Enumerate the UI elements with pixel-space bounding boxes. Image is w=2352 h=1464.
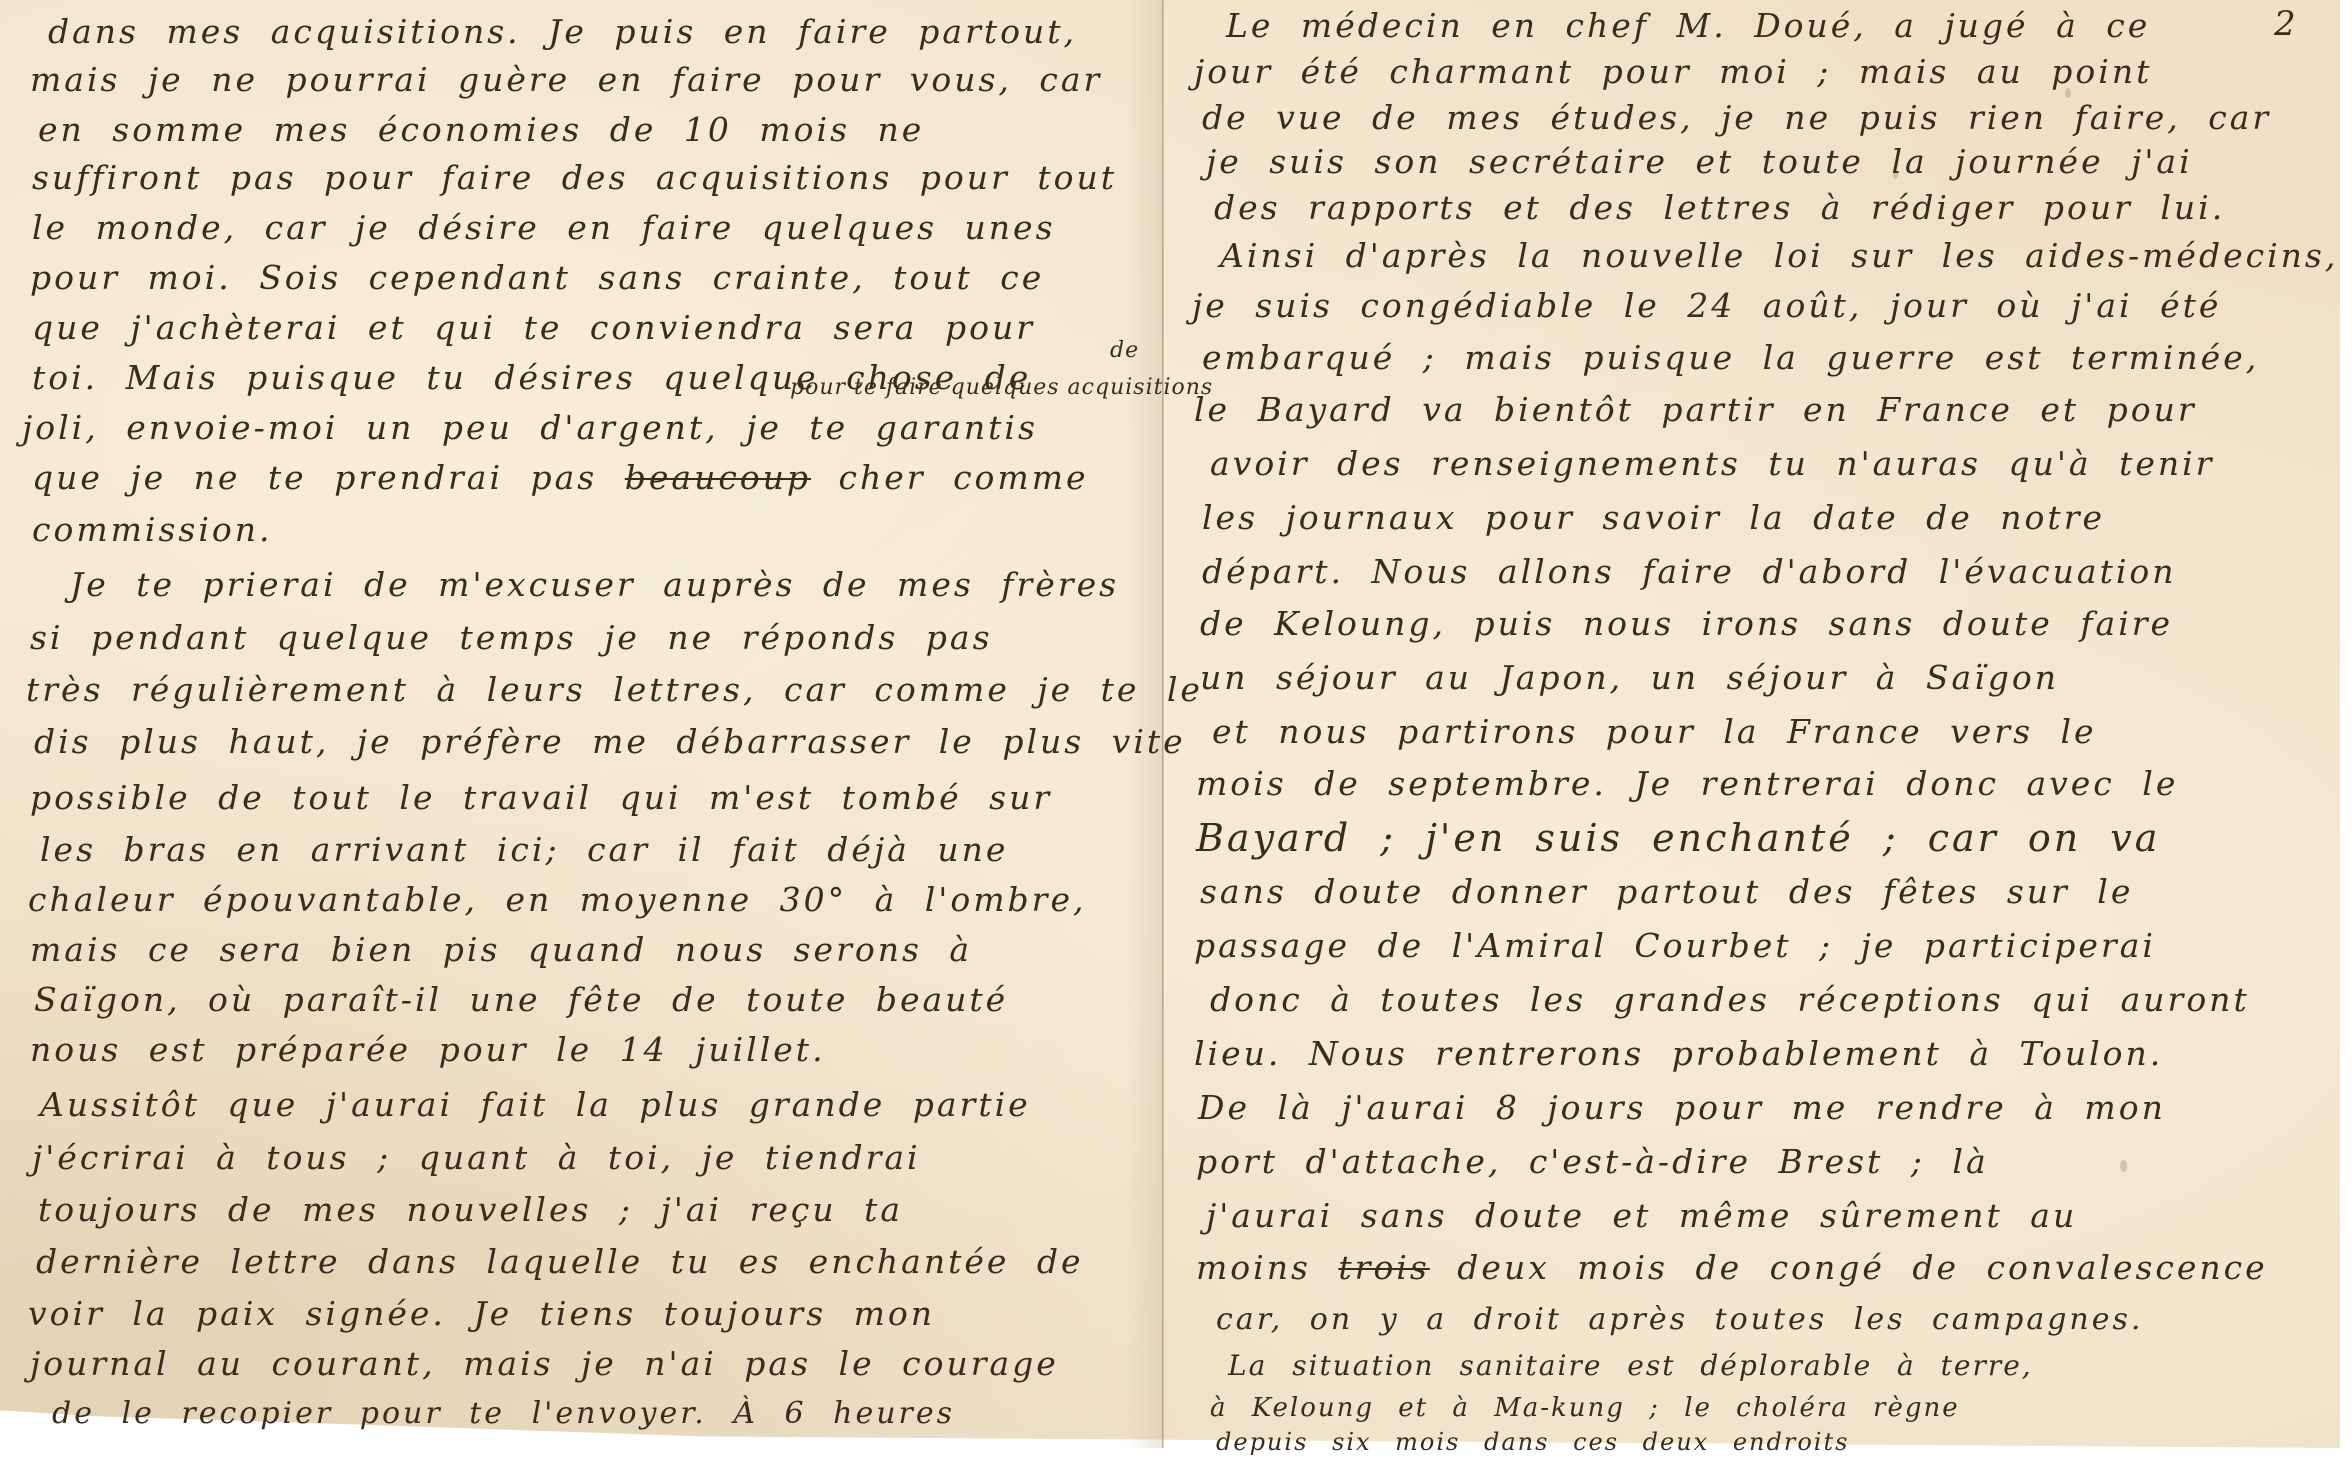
- text-line: très régulièrement à leurs lettres, car …: [26, 670, 1203, 710]
- struck-word: beaucoup: [625, 458, 811, 497]
- right-page: 2 Le médecin en chef M. Doué, a jugé à c…: [1166, 0, 2340, 1448]
- text-line: j'aurai sans doute et même sûrement au: [1206, 1196, 2077, 1236]
- text-line: Le médecin en chef M. Doué, a jugé à ce: [1226, 6, 2150, 46]
- text-line: Je te prierai de m'excuser auprès de mes…: [70, 565, 1119, 605]
- text-line: de vue de mes études, je ne puis rien fa…: [1202, 98, 2271, 138]
- text-line: avoir des renseignements tu n'auras qu'à…: [1210, 444, 2214, 484]
- text-line: de Keloung, puis nous irons sans doute f…: [1200, 604, 2173, 644]
- text-line: Aussitôt que j'aurai fait la plus grande…: [40, 1085, 1031, 1125]
- text-line: toujours de mes nouvelles ; j'ai reçu ta: [38, 1190, 903, 1230]
- text-line: jour été charmant pour moi ; mais au poi…: [1194, 52, 2152, 92]
- text-segment: moins: [1196, 1248, 1338, 1287]
- text-line: journal au courant, mais je n'ai pas le …: [30, 1344, 1059, 1384]
- text-line: joli, envoie-moi un peu d'argent, je te …: [22, 408, 1038, 448]
- text-line: sans doute donner partout des fêtes sur …: [1200, 872, 2133, 912]
- text-line: Bayard ; j'en suis enchanté ; car on va: [1196, 818, 2160, 858]
- text-line: moins trois deux mois de congé de conval…: [1196, 1248, 2268, 1288]
- text-line: mais je ne pourrai guère en faire pour v…: [30, 60, 1102, 100]
- page-number: 2: [2274, 4, 2296, 44]
- text-line: départ. Nous allons faire d'abord l'évac…: [1202, 552, 2177, 592]
- text-line: et nous partirons pour la France vers le: [1212, 712, 2097, 752]
- text-line: chaleur épouvantable, en moyenne 30° à l…: [28, 880, 1086, 920]
- text-line: dis plus haut, je préfère me débarrasser…: [34, 722, 1186, 762]
- left-page: dans mes acquisitions. Je puis en faire …: [0, 0, 1160, 1448]
- text-line: passage de l'Amiral Courbet ; je partici…: [1194, 926, 2156, 966]
- text-line: embarqué ; mais puisque la guerre est te…: [1202, 338, 2259, 378]
- text-line: si pendant quelque temps je ne réponds p…: [30, 618, 993, 658]
- text-line: que je ne te prendrai pas beaucoup cher …: [32, 458, 1089, 498]
- text-line: possible de tout le travail qui m'est to…: [30, 778, 1052, 818]
- text-segment: cher comme: [811, 458, 1088, 497]
- text-line: le Bayard va bientôt partir en France et…: [1194, 390, 2197, 430]
- text-line: depuis six mois dans ces deux endroits: [1216, 1422, 1849, 1462]
- text-line: lieu. Nous rentrerons probablement à Tou…: [1194, 1034, 2163, 1074]
- text-line: Saïgon, où paraît-il une fête de toute b…: [34, 980, 1008, 1020]
- text-line: j'écrirai à tous ; quant à toi, je tiend…: [32, 1138, 921, 1178]
- text-line: de le recopier pour te l'envoyer. À 6 he…: [52, 1394, 955, 1434]
- text-line: nous est préparée pour le 14 juillet.: [30, 1030, 826, 1070]
- text-line: en somme mes économies de 10 mois ne: [38, 110, 924, 150]
- interlinear-insertion: pour te faire quelques acquisitions: [790, 375, 1213, 400]
- text-line: De là j'aurai 8 jours pour me rendre à m…: [1198, 1088, 2166, 1128]
- text-segment: que je ne te prendrai pas: [32, 458, 625, 497]
- text-line: un séjour au Japon, un séjour à Saïgon: [1200, 658, 2059, 698]
- text-line: voir la paix signée. Je tiens toujours m…: [28, 1294, 935, 1334]
- text-line: que j'achèterai et qui te conviendra ser…: [32, 308, 1035, 348]
- text-line: car, on y a droit après toutes les campa…: [1216, 1300, 2143, 1340]
- text-line: commission.: [32, 510, 273, 550]
- text-line: mois de septembre. Je rentrerai donc ave…: [1196, 764, 2178, 804]
- text-line: La situation sanitaire est déplorable à …: [1228, 1346, 2033, 1386]
- text-line: les journaux pour savoir la date de notr…: [1202, 498, 2105, 538]
- text-line: des rapports et des lettres à rédiger po…: [1214, 188, 2225, 228]
- text-line: suffiront pas pour faire des acquisition…: [32, 158, 1117, 198]
- text-line: donc à toutes les grandes réceptions qui…: [1210, 980, 2250, 1020]
- text-line: dernière lettre dans laquelle tu es ench…: [36, 1242, 1084, 1282]
- text-line: les bras en arrivant ici; car il fait dé…: [40, 830, 1008, 870]
- interlinear-insertion: de: [1110, 338, 1139, 363]
- text-line: pour moi. Sois cependant sans crainte, t…: [30, 258, 1044, 298]
- text-line: le monde, car je désire en faire quelque…: [32, 208, 1056, 248]
- text-line: je suis congédiable le 24 août, jour où …: [1192, 286, 2221, 326]
- struck-word: trois: [1338, 1248, 1429, 1287]
- text-line: Ainsi d'après la nouvelle loi sur les ai…: [1220, 236, 2338, 276]
- text-segment: deux mois de congé de convalescence: [1430, 1248, 2268, 1287]
- text-line: mais ce sera bien pis quand nous serons …: [30, 930, 972, 970]
- text-line: dans mes acquisitions. Je puis en faire …: [48, 12, 1077, 52]
- text-line: je suis son secrétaire et toute la journ…: [1206, 142, 2193, 182]
- text-line: port d'attache, c'est-à-dire Brest ; là: [1196, 1142, 1989, 1182]
